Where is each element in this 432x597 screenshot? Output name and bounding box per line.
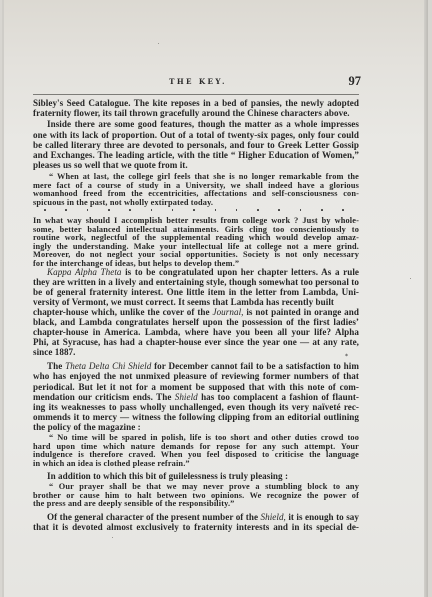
text-line: ing its weaknesses to pass wholly unchal…: [33, 402, 359, 412]
ellipsis-dot: [236, 209, 238, 211]
text-line: since 1887.: [33, 347, 359, 357]
text-line: versity of Vermont, we must correct. It …: [33, 297, 359, 307]
text-line: Phi, at Syracuse, has had a chapter-hous…: [33, 337, 359, 347]
ellipsis-dot: [278, 209, 280, 211]
text-line: one with its lack of proportion. Out of …: [33, 130, 359, 140]
text-line: that it is devoted almost exclusively to…: [33, 522, 359, 532]
ellipsis-dot: [108, 209, 110, 211]
ellipsis-dot: [321, 209, 323, 211]
text-line: chapter-house in America. Lambda, where …: [33, 327, 359, 337]
text-line: black, and Lambda congratulates herself …: [33, 317, 359, 327]
text-line: the policy of the magazine :: [33, 422, 359, 432]
text-line: Of the general character of the present …: [33, 512, 359, 522]
text-line: mendation our criticism ends. The Shield…: [33, 392, 359, 402]
paper-speck: [410, 278, 411, 279]
text-line: The Theta Delta Chi Shield for December …: [33, 361, 359, 371]
text-line: Sibley's Seed Catalogue. The kite repose…: [33, 98, 359, 108]
ellipsis-row: [44, 209, 344, 215]
running-head: THE KEY. 97: [35, 77, 361, 89]
journal-title-italic: Theta Delta Chi Shield: [65, 361, 151, 371]
journal-title-italic: Kappa Alpha Theta: [47, 267, 122, 277]
ellipsis-dot: [151, 209, 153, 211]
header-rule: [33, 94, 359, 95]
ellipsis-dot: [44, 209, 46, 211]
ellipsis-dot: [342, 209, 344, 211]
paper-speck: [158, 43, 159, 44]
ellipsis-dot: [87, 209, 89, 211]
text-line: Inside there are some good features, tho…: [33, 119, 359, 129]
text-line: and Exchanges. The leading article, with…: [33, 150, 359, 160]
page-right-edge-shadow: [424, 0, 428, 597]
ellipsis-dot: [215, 209, 217, 211]
text-line: periodical. But let it not for a moment …: [33, 382, 359, 392]
text-line: pleases us so well that we quote from it…: [33, 160, 359, 170]
journal-title-italic: Shield,: [261, 512, 286, 522]
ellipsis-dot: [300, 209, 302, 211]
text-line: ommends it to mercy — witness the follow…: [33, 412, 359, 422]
ellipsis-dot: [193, 209, 195, 211]
text-line: fraternity flower, its tail thrown grace…: [33, 108, 359, 118]
quote-line: the press and are deeply sensible of the…: [33, 500, 359, 509]
text-line: be of general fraternity interest. One l…: [33, 287, 359, 297]
journal-title-italic: Shield: [175, 392, 198, 402]
text-line: who has enjoyed the not unmixed pleasure…: [33, 371, 359, 381]
paper-speck: [112, 537, 113, 538]
text-line: chapter-house which, unlike the cover of…: [33, 307, 359, 317]
ellipsis-dot: [65, 209, 67, 211]
text-line: be called literary three are devoted to …: [33, 140, 359, 150]
quote-line: spicuous in the past, not wholly extirpa…: [33, 199, 359, 208]
page-number: 97: [349, 74, 362, 89]
asterisk-mark: *: [345, 353, 348, 360]
ellipsis-dot: [257, 209, 259, 211]
text-line: Kappa Alpha Theta is to be congratulated…: [33, 267, 359, 277]
quote-line: in which an idea is clothed please refra…: [33, 460, 359, 469]
ellipsis-dot: [172, 209, 174, 211]
running-title: THE KEY.: [35, 77, 361, 86]
ellipsis-dot: [129, 209, 131, 211]
journal-title-italic: Journal,: [213, 307, 244, 317]
text-line: they are written in a lively and enterta…: [33, 277, 359, 287]
page-left-edge: [2, 0, 4, 597]
text-line: In addition to which this bit of guilele…: [33, 471, 359, 481]
